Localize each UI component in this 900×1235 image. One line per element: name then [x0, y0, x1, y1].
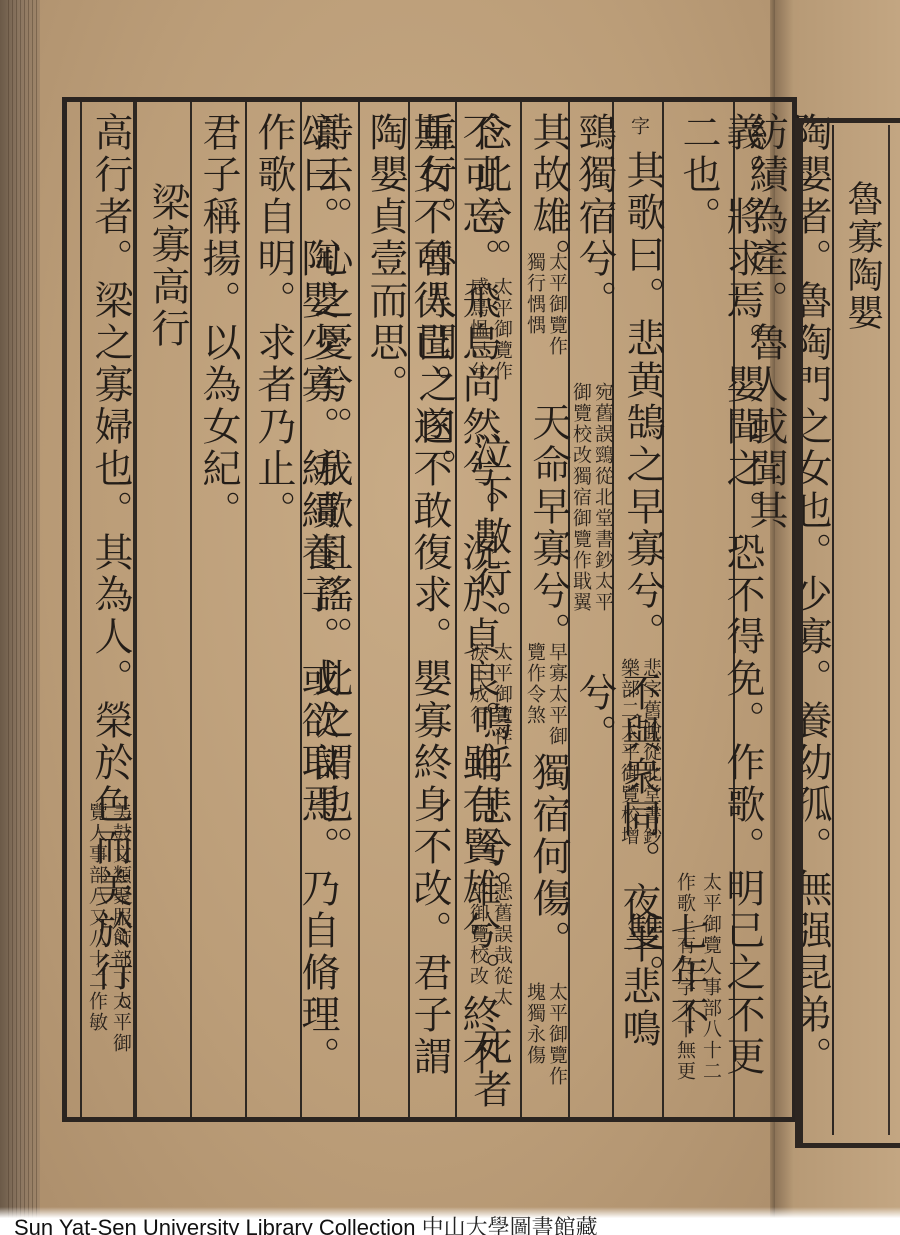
main-text-bottom: 獨宿何傷。: [526, 752, 570, 962]
chapter-title: 梁寡高行: [145, 182, 189, 350]
annotation-right: 太平御覽作: [546, 252, 568, 357]
main-text: 頌曰。陶嬰少寡。紡績養子。或欲取焉。乃自脩理。作歌自明。求者乃止。: [251, 112, 339, 1117]
right-page-bleed-text: 裴文類太平御覽: [890, 270, 900, 536]
main-text: 斯女不可得已。遂不敢復求。嬰寡終身不改。君子謂陶嬰貞壹而思。: [363, 112, 451, 1117]
annotation-left: 覽人事部八又八十二作敏: [86, 802, 108, 1033]
text-column-8: 斯女不可得已。遂不敢復求。嬰寡終身不改。君子謂陶嬰貞壹而思。: [358, 102, 408, 1117]
annotation-right: 美鼓文類聚服飾部下太平御: [110, 802, 132, 1054]
library-credit: Sun Yat-Sen University Library Collectio…: [14, 1211, 598, 1235]
annotation2-right: 早寡太平御: [546, 642, 568, 747]
main-text-top: 其歌曰。悲黄鵠之早寡兮。: [620, 150, 664, 654]
main-text-mid: 天命早寡兮。: [526, 402, 570, 654]
main-text: 君子稱揚。以為女紀。: [196, 112, 240, 532]
main-text-bottom: 不與衆同。夜半悲鳴兮。: [572, 672, 660, 1117]
annotation3-right: 太平御覽作: [546, 982, 568, 1087]
annotation2-left: 覽作令煞: [524, 642, 546, 726]
text-column-13: 高行者。梁之寡婦也。其為人。榮於色而美於行。 美鼓文類聚服飾部下太平御 覽人事部…: [80, 102, 135, 1117]
credit-english: Sun Yat-Sen University Library Collectio…: [14, 1215, 415, 1235]
right-page-title: 魯寡陶嬰: [842, 180, 882, 332]
annotation-right: 宛舊誤鵛從北堂書鈔太平: [592, 382, 614, 613]
text-column-5: 其故雄。 太平御覽作 獨行㥥㥥 天命早寡兮。 早寡太平御 覽作令煞 獨宿何傷。 …: [520, 102, 568, 1117]
text-column-11: 君子稱揚。以為女紀。: [190, 102, 245, 1117]
credit-chinese: 中山大學圖書館藏: [422, 1215, 598, 1235]
text-column-10: 頌曰。陶嬰少寡。紡績養子。或欲取焉。乃自脩理。作歌自明。求者乃止。: [245, 102, 300, 1117]
annotation3-left: 塊獨永傷: [524, 982, 546, 1066]
annotation-head: 字: [628, 116, 650, 137]
text-column-12: 梁寡高行: [135, 102, 190, 1117]
main-text-top: 鵛獨宿兮。: [572, 112, 616, 322]
text-column-4: 鵛獨宿兮。 宛舊誤鵛從北堂書鈔太平 御覽校改獨宿御覽作戢翼 不與衆同。夜半悲鳴兮…: [568, 102, 612, 1117]
right-page-rule: [832, 125, 834, 1135]
annotation-left: 御覽校改獨宿御覽作戢翼: [570, 382, 592, 613]
annotation-left: 獨行㥥㥥: [524, 252, 546, 336]
